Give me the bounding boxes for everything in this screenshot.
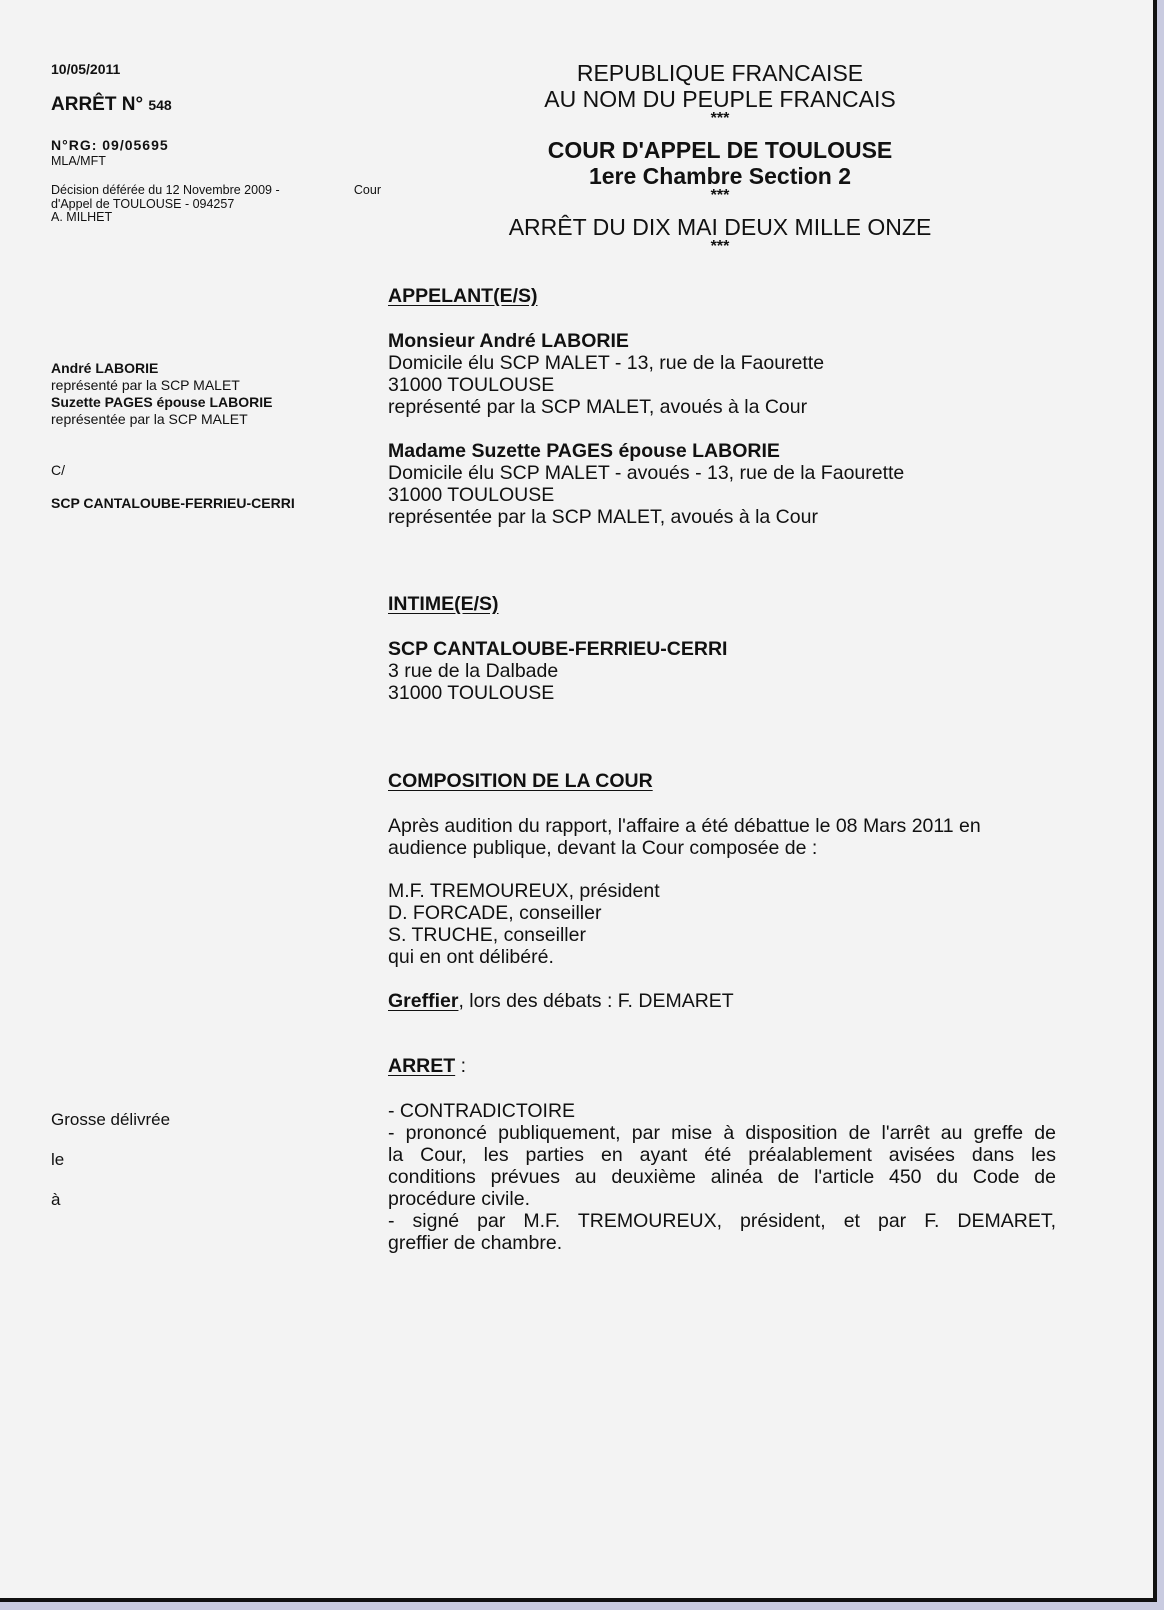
arret-label: ARRÊT N°: [51, 94, 143, 115]
document-page: 10/05/2011 ARRÊT N° 548 N°RG: 09/05695 M…: [0, 0, 1157, 1602]
intime-name: SCP CANTALOUBE-FERRIEU-CERRI: [388, 638, 1058, 660]
intime-party: SCP CANTALOUBE-FERRIEU-CERRI 3 rue de la…: [388, 638, 1058, 704]
separator-stars: ***: [440, 189, 1000, 203]
section-intimes: INTIME(E/S): [388, 593, 1058, 615]
arret-signature-line: greffier de chambre.: [388, 1232, 1056, 1254]
left-party-name: André LABORIE: [51, 360, 272, 377]
section-title-intimes: INTIME(E/S): [388, 593, 1058, 615]
grosse-delivree: Grosse délivrée: [51, 1110, 170, 1130]
decision-line-1: Décision déférée du 12 Novembre 2009 -: [51, 184, 280, 198]
grosse-recipient-label: à: [51, 1190, 60, 1210]
decision-line-1-end: Cour: [354, 184, 381, 198]
appelant-line: Domicile élu SCP MALET - avoués - 13, ru…: [388, 462, 1058, 484]
arret-number: ARRÊT N° 548: [51, 94, 172, 116]
grosse-date-label: le: [51, 1150, 64, 1170]
left-party-rep: représentée par la SCP MALET: [51, 411, 272, 428]
initials: MLA/MFT: [51, 154, 106, 168]
court-header: COUR D'APPEL DE TOULOUSE 1ere Chambre Se…: [440, 137, 1000, 203]
arret-title: ARRÊT DU DIX MAI DEUX MILLE ONZE: [440, 214, 1000, 240]
appelant-1: Monsieur André LABORIE Domicile élu SCP …: [388, 330, 1058, 418]
section-title-appelants: APPELANT(E/S): [388, 285, 1058, 307]
separator-stars: ***: [440, 240, 1000, 254]
contre-label: C/: [51, 462, 65, 478]
greffier-label: Greffier: [388, 990, 458, 1012]
arret-number-value: 548: [148, 97, 171, 113]
arret-para-line: - prononcé publiquement, par mise à disp…: [388, 1122, 1056, 1144]
court-member: D. FORCADE, conseiller: [388, 902, 1058, 924]
section-title-composition: COMPOSITION DE LA COUR: [388, 770, 1058, 792]
court-members: M.F. TREMOUREUX, président D. FORCADE, c…: [388, 880, 1058, 968]
appelant-2: Madame Suzette PAGES épouse LABORIE Domi…: [388, 440, 1058, 528]
intime-line: 3 rue de la Dalbade: [388, 660, 1058, 682]
left-parties: André LABORIE représenté par la SCP MALE…: [51, 360, 272, 428]
arret-para-line: la Cour, les parties en ayant été préala…: [388, 1144, 1056, 1166]
section-title-arret: ARRET: [388, 1055, 455, 1077]
chamber-name: 1ere Chambre Section 2: [440, 163, 1000, 189]
decision-line-2: d'Appel de TOULOUSE - 094257: [51, 198, 381, 212]
left-opponent: SCP CANTALOUBE-FERRIEU-CERRI: [51, 495, 295, 511]
arret-signature-line: - signé par M.F. TREMOUREUX, président, …: [388, 1210, 1056, 1232]
arret-body: - CONTRADICTOIRE - prononcé publiquement…: [388, 1100, 1056, 1254]
arret-para-line: conditions prévues au deuxième alinéa de…: [388, 1166, 1056, 1188]
appelant-line: 31000 TOULOUSE: [388, 484, 1058, 506]
left-party-rep: représenté par la SCP MALET: [51, 377, 272, 394]
nom-peuple-line: AU NOM DU PEUPLE FRANCAIS: [440, 86, 1000, 112]
arret-para-line: procédure civile.: [388, 1188, 1056, 1210]
left-party-name: Suzette PAGES épouse LABORIE: [51, 394, 272, 411]
section-arret: ARRET :: [388, 1055, 1058, 1077]
appelant-name: Monsieur André LABORIE: [388, 330, 1058, 352]
court-member: S. TRUCHE, conseiller: [388, 924, 1058, 946]
section-composition: COMPOSITION DE LA COUR: [388, 770, 1058, 792]
composition-intro-line: Après audition du rapport, l'affaire a é…: [388, 815, 1058, 837]
court-name: COUR D'APPEL DE TOULOUSE: [440, 137, 1000, 163]
deliberation-note: qui en ont délibéré.: [388, 946, 1058, 968]
appelant-line: représentée par la SCP MALET, avoués à l…: [388, 506, 1058, 528]
republic-header: REPUBLIQUE FRANCAISE AU NOM DU PEUPLE FR…: [440, 60, 1000, 126]
decision-date: 10/05/2011: [51, 61, 120, 77]
appelant-line: 31000 TOULOUSE: [388, 374, 1058, 396]
appelant-line: représenté par la SCP MALET, avoués à la…: [388, 396, 1058, 418]
greffier-text: , lors des débats : F. DEMARET: [458, 990, 733, 1012]
rg-number: N°RG: 09/05695: [51, 137, 169, 153]
arret-line-contradictoire: - CONTRADICTOIRE: [388, 1100, 1056, 1122]
arret-title-suffix: :: [455, 1055, 466, 1077]
court-member: M.F. TREMOUREUX, président: [388, 880, 1058, 902]
arret-title-block: ARRÊT DU DIX MAI DEUX MILLE ONZE ***: [440, 214, 1000, 254]
appelant-line: Domicile élu SCP MALET - 13, rue de la F…: [388, 352, 1058, 374]
separator-stars: ***: [440, 112, 1000, 126]
greffier-line: Greffier, lors des débats : F. DEMARET: [388, 990, 1058, 1012]
composition-intro-line: audience publique, devant la Cour compos…: [388, 837, 1058, 859]
composition-intro: Après audition du rapport, l'affaire a é…: [388, 815, 1058, 859]
republic-line: REPUBLIQUE FRANCAISE: [440, 60, 1000, 86]
decision-line-3: A. MILHET: [51, 211, 381, 225]
intime-line: 31000 TOULOUSE: [388, 682, 1058, 704]
appelant-name: Madame Suzette PAGES épouse LABORIE: [388, 440, 1058, 462]
section-appelants: APPELANT(E/S): [388, 285, 1058, 307]
decision-referred: Décision déférée du 12 Novembre 2009 - C…: [51, 184, 381, 225]
